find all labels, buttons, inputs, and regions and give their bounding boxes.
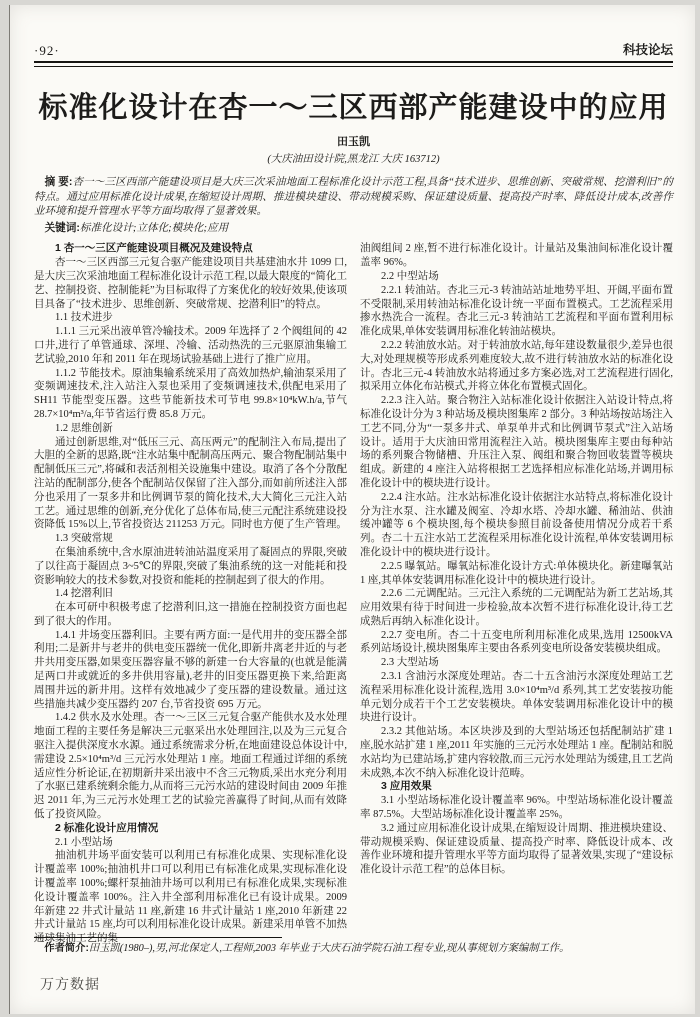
paragraph: 通过创新思维,对“低压三元、高压两元”的配制注入布局,提出了大胆的全新的思路,既… [34, 436, 347, 533]
paragraph: 1.2 思维创新 [34, 422, 347, 436]
paragraph: 1.1.2 节能技术。原油集输系统采用了高效加热炉,输油泵采用了变频调速技术,注… [34, 367, 347, 422]
journal-section-label: 科技论坛 [623, 43, 673, 58]
paragraph: 1.1.1 三元采出液单管冷输技术。2009 年选择了 2 个阀组间的 42 口… [34, 325, 347, 366]
paragraph: 2.2.2 转油放水站。对于转油放水站,每年建设数量很少,差异也很大,对处理规模… [360, 339, 673, 394]
paragraph: 在集油系统中,含水原油进转油站温度采用了凝固点的界限,突破了以往高于凝固点 3~… [34, 546, 347, 587]
header-double-rule [34, 61, 673, 67]
paragraph: 2.2.5 曝氧站。曝氧站标准化设计方式:单体模块化。新建曝氧站 1 座,其单体… [360, 560, 673, 588]
body-columns: 1 杏一～三区产能建设项目概况及建设特点杏一～三区西部三元复合驱产能建设项目共基… [34, 242, 673, 943]
section-heading: 3 应用效果 [360, 780, 673, 794]
paper-page: ·92· 科技论坛 标准化设计在杏一～三区西部产能建设中的应用 田玉凯 (大庆油… [9, 5, 695, 1014]
section-heading: 1 杏一～三区产能建设项目概况及建设特点 [34, 242, 347, 256]
author-name: 田玉凯 [34, 136, 673, 149]
paragraph: 2.2.1 转油站。杏北三元-3 转油站站址地势平坦、开阔,平面布置不受限制,采… [360, 284, 673, 339]
paragraph: 2.3.1 含油污水深度处理站。杏二十五含油污水深度处理站工艺流程采用标准化设计… [360, 670, 673, 725]
footnote-rule [34, 937, 282, 938]
paragraph: 1.4 挖潜利旧 [34, 587, 347, 601]
paragraph: 杏一～三区西部三元复合驱产能建设项目共基建油水井 1099 口,是大庆三次采油地… [34, 256, 347, 311]
author-bio-label: 作者简介: [44, 943, 89, 954]
paragraph: 1.1 技术进步 [34, 311, 347, 325]
paragraph: 2.2.4 注水站。注水站标准化设计依据注水站特点,将标准化设计分为注水泵、注水… [360, 491, 673, 560]
paragraph: 2.3 大型站场 [360, 656, 673, 670]
paragraph: 2.2.3 注入站。聚合物注入站标准化设计依据注入站设计特点,将标准化设计分为 … [360, 394, 673, 491]
paragraph: 2.3.2 其他站场。本区块涉及到的大型站场还包括配制站扩建 1 座,脱水站扩建… [360, 725, 673, 780]
paragraph: 1.3 突破常规 [34, 532, 347, 546]
paragraph: 在本可研中积极考虑了挖潜利旧,这一措施在控制投资方面也起到了很大的作用。 [34, 601, 347, 629]
paragraph: 3.2 通过应用标准化设计成果,在缩短设计周期、推进模块建设、带动规模采购、保证… [360, 822, 673, 877]
affiliation: (大庆油田设计院,黑龙江 大庆 163712) [34, 153, 673, 166]
keywords-label: 关键词: [45, 222, 80, 234]
page-number: ·92· [34, 43, 60, 58]
keywords-text: 标准化设计;立体化;模块化;应用 [80, 223, 228, 234]
paragraph: 1.4.1 井场变压器利旧。主要有两方面:一是代用井的变压器全部利用;二是新井与… [34, 629, 347, 712]
paragraph: 2.2 中型站场 [360, 270, 673, 284]
paragraph: 2.2.6 二元调配站。三元注入系统的二元调配站为新工艺站场,其应用效果有待于时… [360, 587, 673, 628]
body-column-left: 1 杏一～三区产能建设项目概况及建设特点杏一～三区西部三元复合驱产能建设项目共基… [34, 242, 347, 943]
abstract: 摘 要:杏一～三区西部产能建设项目是大庆三次采油地面工程标准化设计示范工程,具备… [34, 175, 673, 220]
section-heading: 2 标准化设计应用情况 [34, 822, 347, 836]
paragraph: 抽油机井场平面安装可以利用已有标准化成果、实现标准化设计覆盖率 100%;抽油机… [34, 849, 347, 943]
author-bio-text: 田玉凯(1980–),男,河北保定人,工程师,2003 年毕业于大庆石油学院石油… [89, 943, 570, 954]
paragraph: 2.1 小型站场 [34, 836, 347, 850]
abstract-label: 摘 要: [45, 176, 73, 188]
abstract-text: 杏一～三区西部产能建设项目是大庆三次采油地面工程标准化设计示范工程,具备“技术进… [34, 177, 673, 217]
running-header: ·92· 科技论坛 [34, 43, 673, 58]
keywords: 关键词:标准化设计;立体化;模块化;应用 [34, 221, 673, 237]
paragraph: 2.2.7 变电所。杏二十五变电所利用标准化成果,选用 12500kVA 系列站… [360, 629, 673, 657]
paragraph: 油阀组间 2 座,暂不进行标准化设计。计量站及集油间标准化设计覆盖率 96%。 [360, 242, 673, 270]
page-content: ·92· 科技论坛 标准化设计在杏一～三区西部产能建设中的应用 田玉凯 (大庆油… [10, 5, 695, 1014]
wanfang-watermark: 万方数据 [40, 974, 100, 994]
footnote: 作者简介:田玉凯(1980–),男,河北保定人,工程师,2003 年毕业于大庆石… [34, 937, 673, 956]
author-bio: 作者简介:田玉凯(1980–),男,河北保定人,工程师,2003 年毕业于大庆石… [34, 942, 673, 956]
scanned-page: ·92· 科技论坛 标准化设计在杏一～三区西部产能建设中的应用 田玉凯 (大庆油… [0, 0, 700, 1017]
article-title: 标准化设计在杏一～三区西部产能建设中的应用 [34, 91, 673, 125]
paragraph: 3.1 小型站场标准化设计覆盖率 96%。中型站场标准化设计覆盖率 87.5%。… [360, 794, 673, 822]
paragraph: 1.4.2 供水及水处理。杏一～三区三元复合驱产能供水及水处理地面工程的主要任务… [34, 711, 347, 821]
body-column-right: 油阀组间 2 座,暂不进行标准化设计。计量站及集油间标准化设计覆盖率 96%。2… [360, 242, 673, 943]
